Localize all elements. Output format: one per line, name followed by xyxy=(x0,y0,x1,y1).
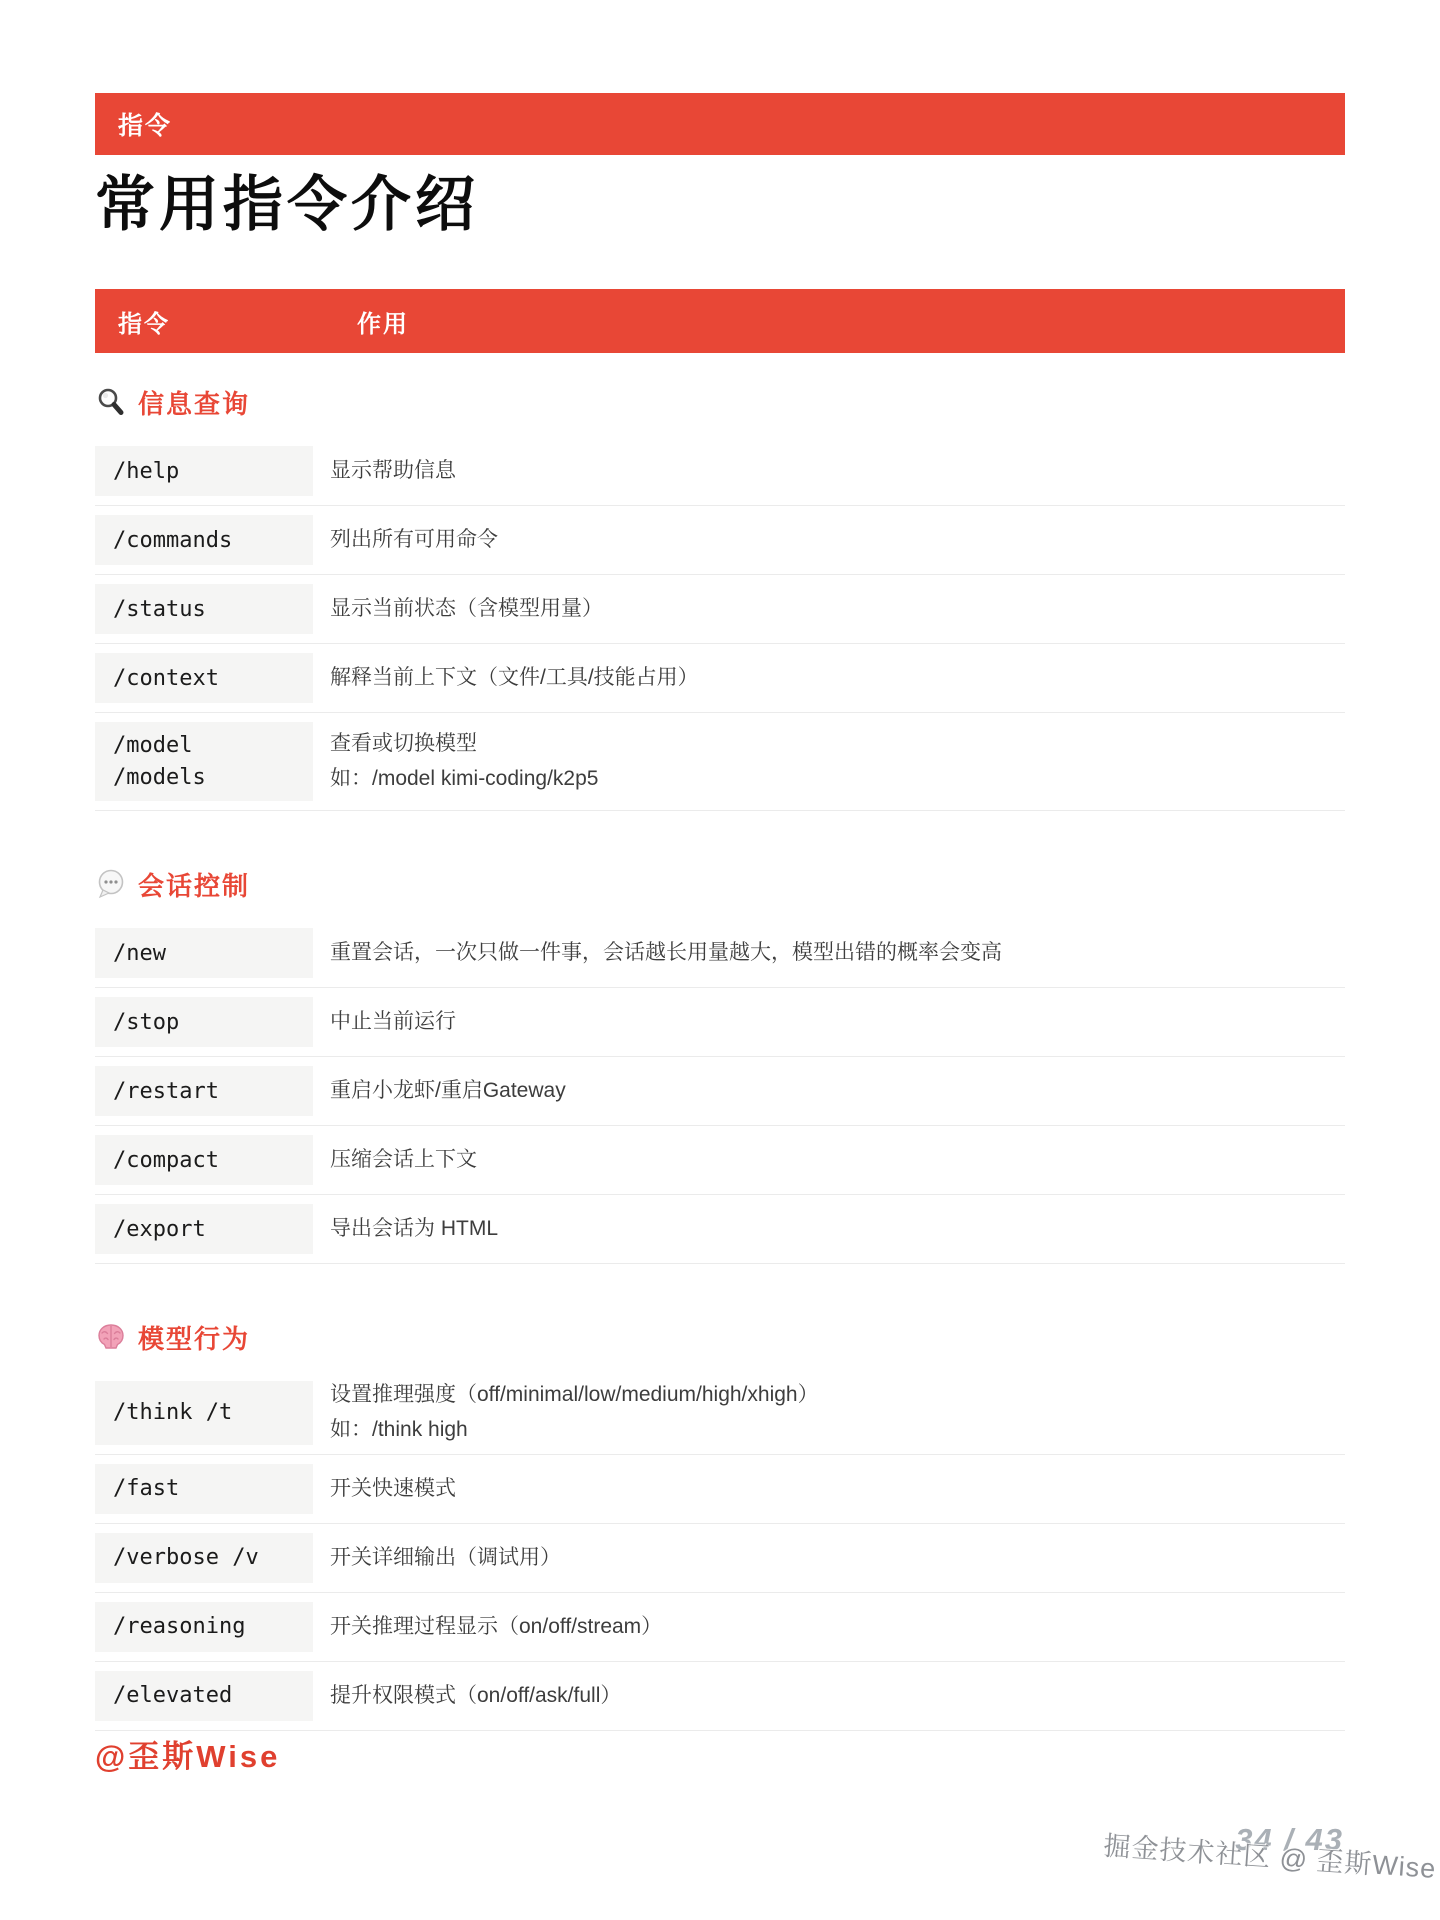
instructions-page: { "page": { "badge": "指令", "title": "常用指… xyxy=(0,0,1440,1920)
section-title: 模型行为 xyxy=(138,1319,250,1356)
badge-label: 指令 xyxy=(118,106,172,142)
command-chip: /status xyxy=(95,584,313,634)
section-header-info-query: 信息查询 xyxy=(95,383,1345,421)
table-row: /think /t 设置推理强度（off/minimal/low/medium/… xyxy=(95,1372,1345,1455)
command-description: 重置会话，一次只做一件事，会话越长用量越大，模型出错的概率会变高 xyxy=(313,928,1345,978)
command-text: /think /t xyxy=(113,1400,295,1425)
description-text: 开关推理过程显示（on/off/stream） xyxy=(330,1613,1345,1641)
command-chip: /fast xyxy=(95,1464,313,1514)
command-text: /export xyxy=(113,1217,295,1242)
description-text: 重置会话，一次只做一件事，会话越长用量越大，模型出错的概率会变高 xyxy=(330,939,1345,967)
table-row: /verbose /v 开关详细输出（调试用） xyxy=(95,1524,1345,1593)
section-header-session-control: 会话控制 xyxy=(95,865,1345,903)
command-description: 提升权限模式（on/off/ask/full） xyxy=(313,1671,1345,1721)
command-text: /compact xyxy=(113,1148,295,1173)
command-chip: /reasoning xyxy=(95,1602,313,1652)
description-text: 列出所有可用命令 xyxy=(330,526,1345,554)
command-text: /status xyxy=(113,597,295,622)
command-chip: /context xyxy=(95,653,313,703)
page-content: 指令 常用指令介绍 指令 作用 信息查询 /help 显示帮助信息 /comma… xyxy=(95,0,1345,1814)
command-chip: /model /models xyxy=(95,722,313,801)
top-badge-banner: 指令 xyxy=(95,93,1345,155)
command-text: /help xyxy=(113,459,295,484)
command-text: /model xyxy=(113,733,295,758)
command-chip: /elevated xyxy=(95,1671,313,1721)
column-header-purpose: 作用 xyxy=(357,304,409,339)
speech-balloon-icon xyxy=(95,868,127,900)
command-text: /reasoning xyxy=(113,1614,295,1639)
command-chip: /help xyxy=(95,446,313,496)
command-text: /restart xyxy=(113,1079,295,1104)
command-chip: /compact xyxy=(95,1135,313,1185)
command-text: /stop xyxy=(113,1010,295,1035)
description-text: 导出会话为 HTML xyxy=(330,1215,1345,1243)
command-description: 开关推理过程显示（on/off/stream） xyxy=(313,1602,1345,1652)
command-chip: /export xyxy=(95,1204,313,1254)
table-row: /export 导出会话为 HTML xyxy=(95,1195,1345,1264)
description-example: 如：/think high xyxy=(330,1416,1345,1444)
command-description: 重启小龙虾/重启Gateway xyxy=(313,1066,1345,1116)
description-text: 开关快速模式 xyxy=(330,1475,1345,1503)
command-chip: /commands xyxy=(95,515,313,565)
command-chip: /verbose /v xyxy=(95,1533,313,1583)
table-row: /elevated 提升权限模式（on/off/ask/full） xyxy=(95,1662,1345,1731)
description-text: 中止当前运行 xyxy=(330,1008,1345,1036)
table-row: /fast 开关快速模式 xyxy=(95,1455,1345,1524)
column-header-command: 指令 xyxy=(118,304,357,339)
table-header-bar: 指令 作用 xyxy=(95,289,1345,353)
description-text: 重启小龙虾/重启Gateway xyxy=(330,1077,1345,1105)
command-text: /verbose /v xyxy=(113,1545,295,1570)
description-text: 解释当前上下文（文件/工具/技能占用） xyxy=(330,664,1345,692)
command-description: 列出所有可用命令 xyxy=(313,515,1345,565)
author-handle: @歪斯Wise xyxy=(95,1731,280,1776)
footer: @歪斯Wise xyxy=(95,1731,1345,1814)
brain-icon xyxy=(95,1321,127,1353)
command-description: 开关详细输出（调试用） xyxy=(313,1533,1345,1583)
table-row: /stop 中止当前运行 xyxy=(95,988,1345,1057)
table-row: /compact 压缩会话上下文 xyxy=(95,1126,1345,1195)
table-row: /help 显示帮助信息 xyxy=(95,437,1345,506)
command-description: 中止当前运行 xyxy=(313,997,1345,1047)
table-row: /reasoning 开关推理过程显示（on/off/stream） xyxy=(95,1593,1345,1662)
command-description: 开关快速模式 xyxy=(313,1464,1345,1514)
command-chip: /think /t xyxy=(95,1381,313,1445)
table-row: /restart 重启小龙虾/重启Gateway xyxy=(95,1057,1345,1126)
section-title: 会话控制 xyxy=(138,866,250,903)
command-text: /elevated xyxy=(113,1683,295,1708)
command-chip: /new xyxy=(95,928,313,978)
description-text: 压缩会话上下文 xyxy=(330,1146,1345,1174)
description-text: 提升权限模式（on/off/ask/full） xyxy=(330,1682,1345,1710)
command-chip: /stop xyxy=(95,997,313,1047)
command-description: 显示帮助信息 xyxy=(313,446,1345,496)
table-row: /status 显示当前状态（含模型用量） xyxy=(95,575,1345,644)
command-description: 解释当前上下文（文件/工具/技能占用） xyxy=(313,653,1345,703)
command-description: 导出会话为 HTML xyxy=(313,1204,1345,1254)
table-row: /new 重置会话，一次只做一件事，会话越长用量越大，模型出错的概率会变高 xyxy=(95,919,1345,988)
search-icon xyxy=(95,386,127,418)
description-text: 显示帮助信息 xyxy=(330,457,1345,485)
description-text: 查看或切换模型 xyxy=(330,730,1345,758)
table-row: /context 解释当前上下文（文件/工具/技能占用） xyxy=(95,644,1345,713)
command-description: 查看或切换模型 如：/model kimi-coding/k2p5 xyxy=(313,722,1345,801)
description-text: 开关详细输出（调试用） xyxy=(330,1544,1345,1572)
section-title: 信息查询 xyxy=(138,384,250,421)
page-title: 常用指令介绍 xyxy=(95,169,1345,241)
description-example: 如：/model kimi-coding/k2p5 xyxy=(330,765,1345,793)
table-row: /commands 列出所有可用命令 xyxy=(95,506,1345,575)
command-description: 显示当前状态（含模型用量） xyxy=(313,584,1345,634)
section-header-model-behavior: 模型行为 xyxy=(95,1318,1345,1356)
command-text: /context xyxy=(113,666,295,691)
command-text-alias: /models xyxy=(113,765,295,790)
command-text: /fast xyxy=(113,1476,295,1501)
command-text: /commands xyxy=(113,528,295,553)
description-text: 显示当前状态（含模型用量） xyxy=(330,595,1345,623)
command-description: 设置推理强度（off/minimal/low/medium/high/xhigh… xyxy=(313,1381,1345,1445)
command-text: /new xyxy=(113,941,295,966)
table-row: /model /models 查看或切换模型 如：/model kimi-cod… xyxy=(95,713,1345,811)
description-text: 设置推理强度（off/minimal/low/medium/high/xhigh… xyxy=(330,1381,1345,1409)
command-chip: /restart xyxy=(95,1066,313,1116)
command-description: 压缩会话上下文 xyxy=(313,1135,1345,1185)
